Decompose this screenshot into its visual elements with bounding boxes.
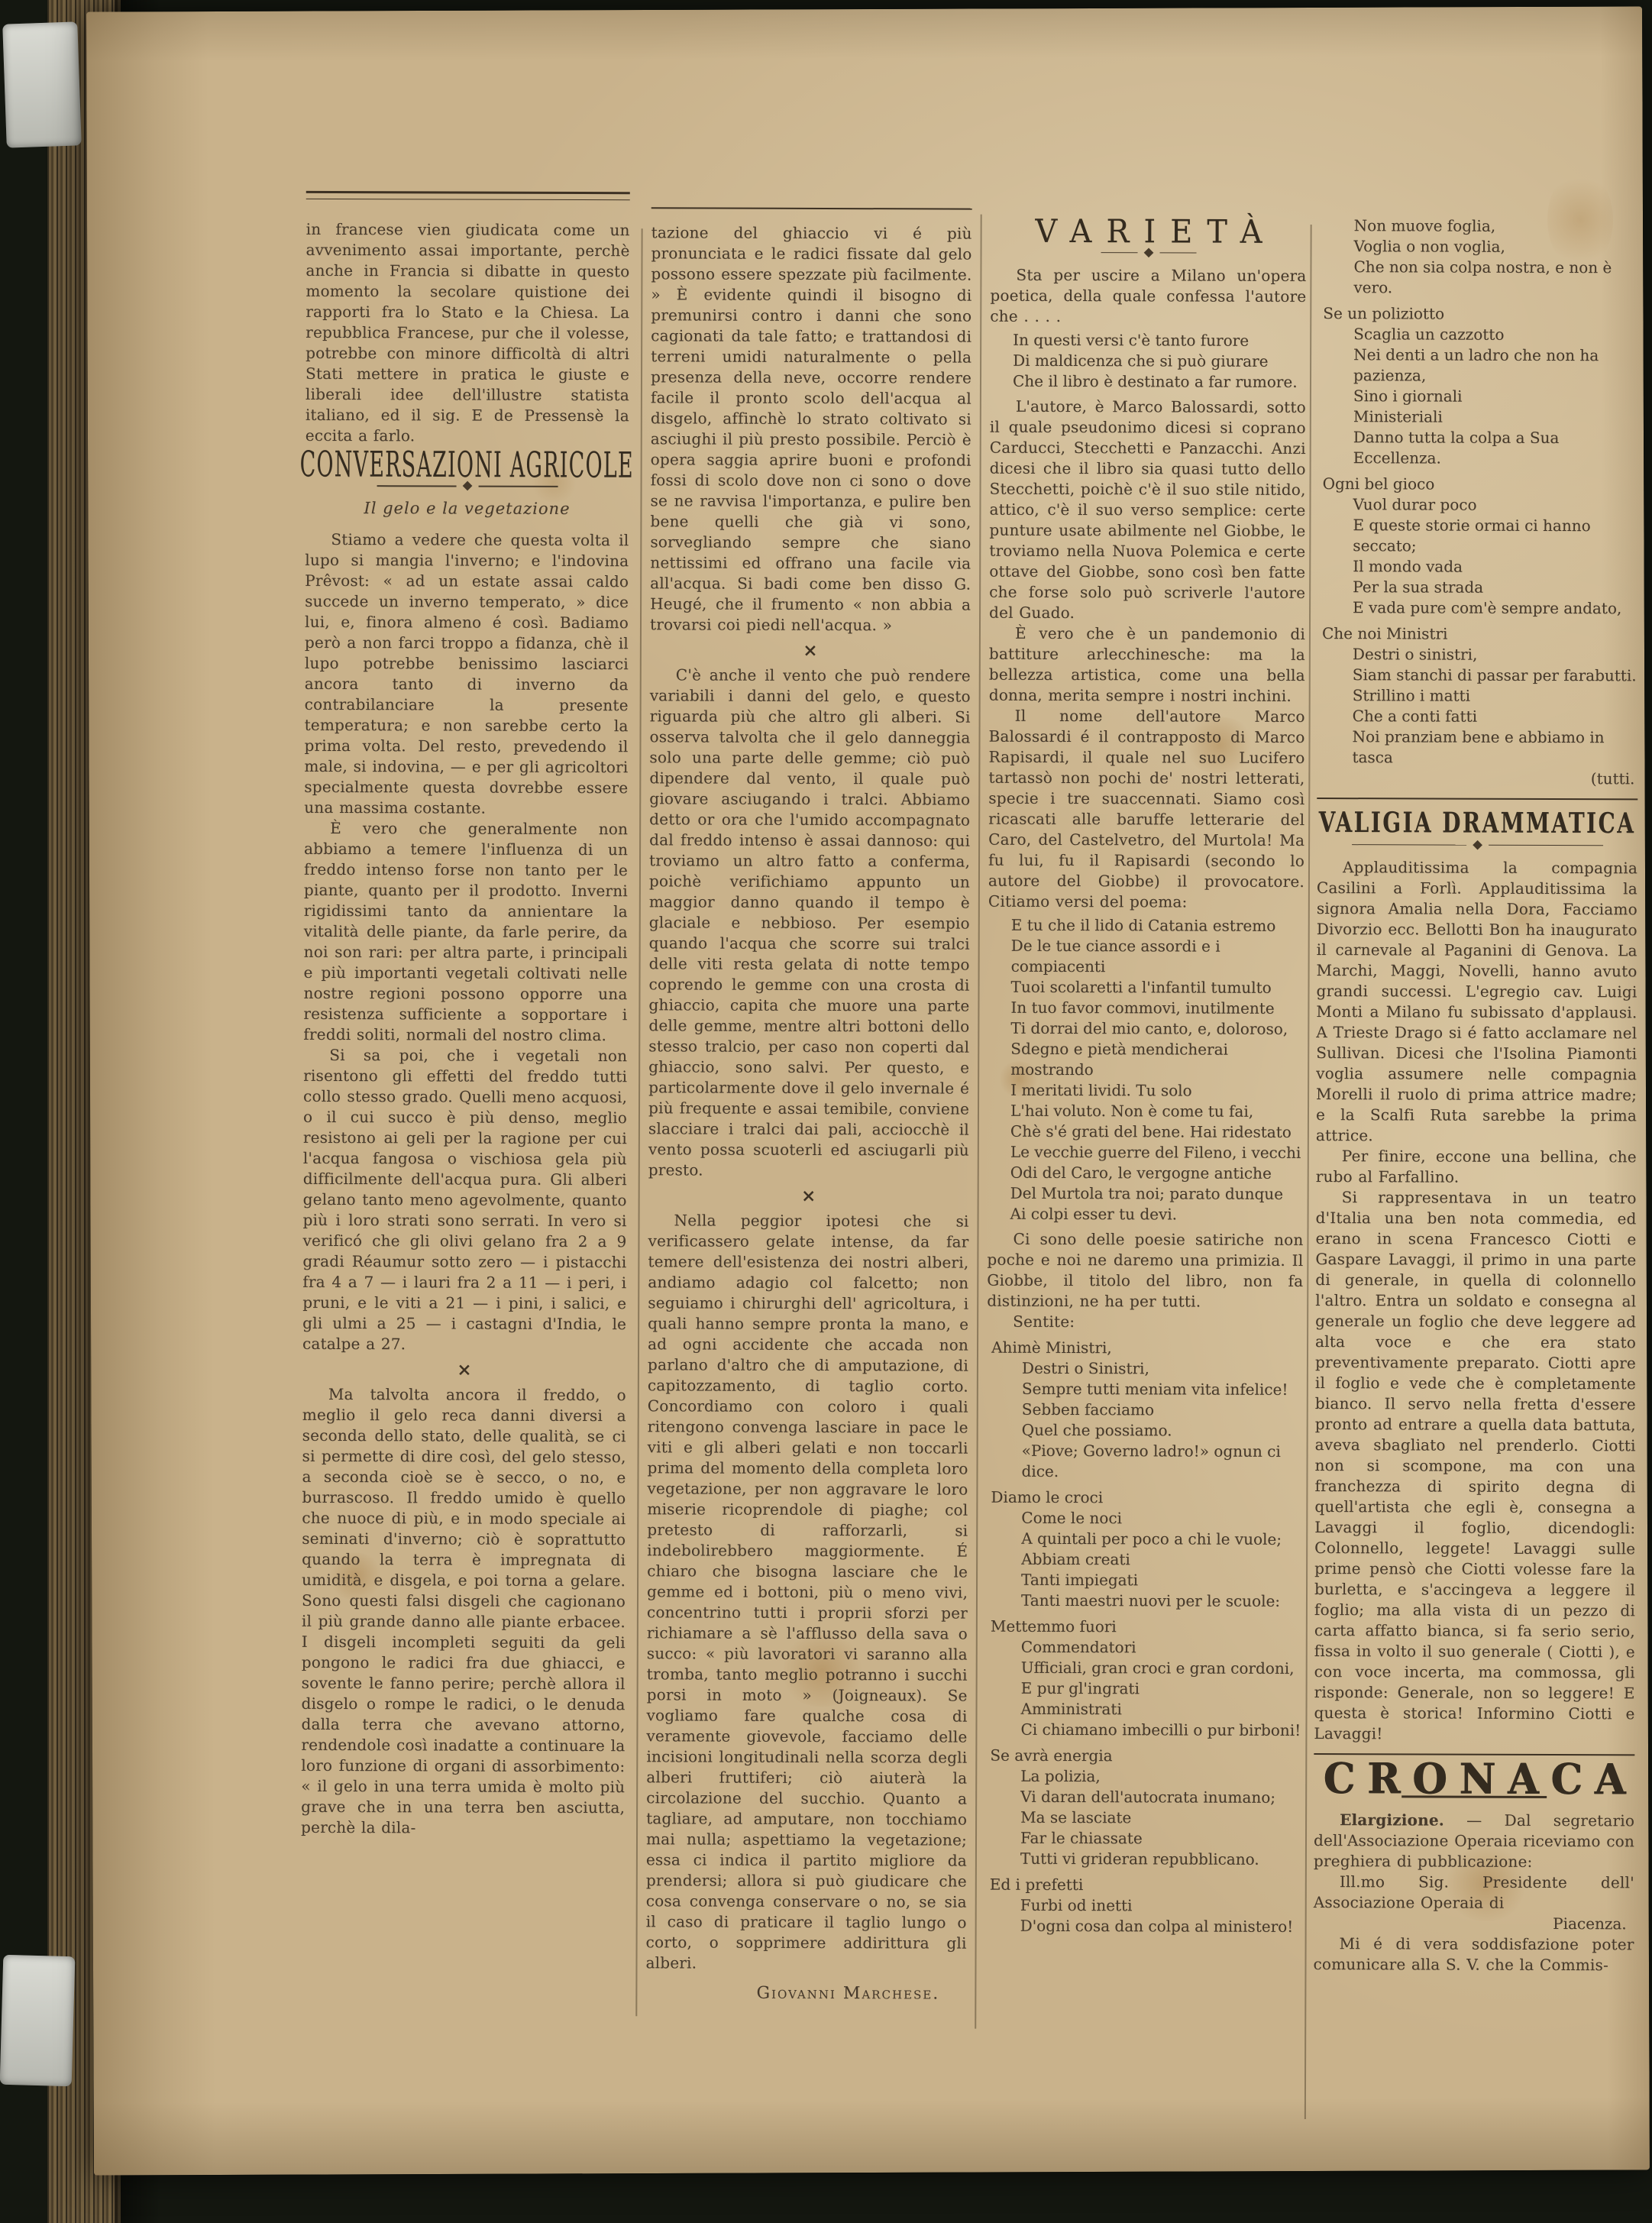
verse-line: Chè s'é grati del bene. Hai ridestato xyxy=(1010,1121,1304,1143)
paragraph: Si sa poi, che i vegetali non risentono … xyxy=(302,1045,627,1355)
verse-line: Tutti vi grideran repubblicano. xyxy=(1020,1849,1301,1870)
section-heading-text: CONVERSAZIONI AGRICOLE xyxy=(300,452,634,476)
verse-line: Sino i giornali xyxy=(1353,386,1639,407)
verse-line: Che il libro è destinato a far rumore. xyxy=(1013,371,1306,393)
verse-line: Vi daran dell'autocrata inumano; xyxy=(1020,1787,1301,1808)
flourish-line-left xyxy=(377,485,456,487)
verse-line: Tuoi scolaretti a l'infantil tumulto xyxy=(1010,977,1304,998)
article-subtitle: Il gelo e la vegetazione xyxy=(305,498,629,519)
paragraph: C'è anche il vento che può rendere varia… xyxy=(648,665,971,1181)
verse-line: Far le chiassate xyxy=(1020,1828,1301,1849)
verse-line: Diamo le croci xyxy=(991,1487,1302,1509)
verse-line: D'ogni cosa dan colpa al ministero! xyxy=(1020,1916,1301,1937)
paragraph: È vero che è un pandemonio di battiture … xyxy=(989,623,1305,707)
verse-line: E tu che il lido di Catania estremo xyxy=(1011,915,1304,937)
verse-line: Siam stanchi di passar per farabutti. xyxy=(1353,665,1638,686)
verse-line: Commendatori xyxy=(1021,1637,1302,1658)
verse-line: Furbi od inetti xyxy=(1020,1895,1301,1917)
verse-line: Mettemmo fuori xyxy=(991,1616,1302,1638)
paragraph: È vero che generalmente non abbiamo a te… xyxy=(303,818,628,1046)
verse-line: «Piove; Governo ladro!» ognun ci dice. xyxy=(1021,1441,1302,1483)
column-2: tazione del ghiaccio vi é più pronunciat… xyxy=(645,198,971,2004)
paragraph: L'autore, è Marco Balossardi, sotto il q… xyxy=(989,396,1306,624)
verse-line: Nei denti a un ladro che non ha pazienza… xyxy=(1353,345,1639,387)
verse-line: Ogni bel gioco xyxy=(1323,474,1639,495)
verse-line: Strillino i matti xyxy=(1353,685,1638,707)
paragraph: Nella peggior ipotesi che si verificasse… xyxy=(645,1210,968,1974)
verse-line: E queste storie ormai ci hanno seccato; xyxy=(1353,515,1638,557)
verse-line: Se un poliziotto xyxy=(1323,303,1639,325)
paragraph: Il nome dell'autore Marco Balossardi é i… xyxy=(988,706,1305,913)
verse-line: Destri o sinistri, xyxy=(1353,644,1638,665)
section-heading: CRONACA xyxy=(1314,1768,1634,1790)
verse-line: A quintali per poco a chi le vuole; xyxy=(1021,1529,1302,1550)
column-4: Non muove foglia,Voglia o non voglia,Che… xyxy=(1313,212,1639,1975)
paragraph: Applauditissima la compagnia Casilini a … xyxy=(1316,857,1637,1147)
paragraph: Ill.mo Sig. Presidente dell' Associazion… xyxy=(1314,1872,1634,1914)
section-heading: CONVERSAZIONI AGRICOLE xyxy=(306,454,629,475)
verse-line: I meritati lividi. Tu solo xyxy=(1010,1080,1304,1102)
verse-line: Ed i prefetti xyxy=(990,1875,1301,1896)
paragraph: Mi é di vera soddisfazione poter comunic… xyxy=(1313,1933,1634,1975)
verse-stanza: Non muove foglia,Voglia o non voglia,Che… xyxy=(1317,215,1639,789)
verse-line: E pur gl'ingrati xyxy=(1021,1678,1302,1700)
verse-line: Se avrà energia xyxy=(990,1746,1301,1767)
flourish-line-right xyxy=(1489,844,1603,846)
column-divider xyxy=(975,215,981,2029)
paragraph: Sentite: xyxy=(987,1312,1303,1333)
verse-line: Scaglia un cazzotto xyxy=(1353,324,1639,345)
verse-line: Il mondo vada xyxy=(1353,556,1638,578)
page-text-layer: in francese vien giudicata come un avven… xyxy=(0,0,1652,2223)
verse-stanza: E tu che il lido di Catania estremoDe le… xyxy=(988,915,1304,1225)
verse-line: Noi pranziam bene e abbiamo in tasca xyxy=(1352,726,1637,769)
paragraph: Elargizione. — Dal segretario dell'Assoc… xyxy=(1314,1810,1634,1872)
verse-line: Vuol durar poco xyxy=(1353,494,1638,516)
flourish-line-right xyxy=(478,485,558,487)
verse-line: (tutti. xyxy=(1317,768,1634,789)
ornament-flourish xyxy=(1317,841,1637,849)
paragraph: in francese vien giudicata come un avven… xyxy=(306,219,630,447)
verse-line: Che non sia colpa nostra, e non è vero. xyxy=(1353,257,1639,299)
verse-line: Ai colpi esser tu devi. xyxy=(1010,1204,1304,1225)
verse-line: Tanti impiegati xyxy=(1021,1570,1302,1591)
section-heading: VALIGIA DRAMMATICA xyxy=(1317,813,1637,834)
column-1: in francese vien giudicata come un avven… xyxy=(301,191,630,1839)
paragraph: Ci sono delle poesie satiriche non poche… xyxy=(987,1229,1303,1312)
paragraph: tazione del ghiaccio vi é più pronunciat… xyxy=(650,222,972,636)
verse-line: Del Murtola tra noi; parato dunque xyxy=(1010,1183,1304,1205)
verse-line: E vada pure com'è sempre andato, xyxy=(1353,597,1638,619)
scanned-newspaper-page: in francese vien giudicata come un avven… xyxy=(0,0,1652,2223)
verse-line: La polizia, xyxy=(1020,1766,1301,1788)
ornament-cross: × xyxy=(302,1359,626,1380)
flourish-line-left xyxy=(1352,844,1466,846)
right-aligned-line: Piacenza. xyxy=(1314,1913,1627,1934)
flourish-line-left xyxy=(1101,252,1137,254)
verse-line: Ti dorrai del mio canto, e, doloroso, xyxy=(1010,1018,1304,1040)
verse-line: Di maldicenza che si può giurare xyxy=(1013,351,1306,372)
paragraph: Si rappresentava in un teatro d'Italia u… xyxy=(1314,1187,1636,1745)
verse-line: Ma se lasciate xyxy=(1020,1807,1301,1829)
column-divider xyxy=(635,228,642,2016)
verse-line: Ci chiamano imbecilli o pur birboni! xyxy=(1020,1720,1301,1741)
article-separator-rule xyxy=(306,191,630,200)
flourish-line-right xyxy=(1159,252,1196,254)
verse-stanza: In questi versi c'è tanto furoreDi maldi… xyxy=(990,330,1306,393)
verse-line: Ufficiali, gran croci e gran cordoni, xyxy=(1021,1658,1302,1679)
separator-rule xyxy=(1317,798,1637,800)
verse-line: In tuo favor commovi, inutilmente xyxy=(1010,998,1304,1019)
verse-line: Danno tutta la colpa a Sua Eccellenza. xyxy=(1353,427,1639,469)
section-heading: VARIETÀ xyxy=(991,221,1307,242)
verse-line: Amministrati xyxy=(1021,1699,1302,1720)
section-heading-text: VALIGIA DRAMMATICA xyxy=(1319,812,1636,835)
verse-line: Destri o Sinistri, xyxy=(1022,1358,1303,1380)
verse-line: De le tue ciance assordi e i compiacenti xyxy=(1011,936,1304,978)
flourish-knot xyxy=(1473,840,1482,850)
verse-line: Non muove foglia, xyxy=(1354,215,1640,237)
verse-line: Ministeriali xyxy=(1353,406,1639,428)
paragraph: Ma talvolta ancora il freddo, o meglio i… xyxy=(301,1384,626,1839)
paragraph: Sta per uscire a Milano un'opera poetica… xyxy=(990,265,1306,328)
section-heading-text: CRONACA xyxy=(1311,1768,1637,1791)
verse-line: Abbiam creati xyxy=(1021,1549,1302,1571)
separator-rule xyxy=(651,207,972,209)
verse-stanza: Ahimè Ministri,Destri o Sinistri,Sempre … xyxy=(985,1338,1303,1937)
verse-line: Odi del Caro, le vergogne antiche xyxy=(1010,1163,1304,1184)
paragraph: Per finire, eccone una bellina, che rubo… xyxy=(1316,1146,1637,1188)
verse-line: Per la sua strada xyxy=(1353,577,1638,598)
verse-line: Le vecchie guerre del Fileno, i vecchi xyxy=(1010,1142,1304,1163)
verse-line: Quel che possiamo. xyxy=(1022,1420,1303,1442)
verse-line: In questi versi c'è tanto furore xyxy=(1013,330,1306,351)
verse-line: Sebben facciamo xyxy=(1022,1399,1303,1421)
verse-line: Sdegno e pietà mendicherai mostrando xyxy=(1010,1039,1304,1081)
verse-line: Come le noci xyxy=(1021,1508,1302,1529)
ornament-cross: × xyxy=(648,1185,969,1206)
author-signature: Giovanni Marchese. xyxy=(645,1982,966,2004)
paragraph: Stiamo a vedere che questa volta il lupo… xyxy=(304,529,629,819)
verse-line: Che noi Ministri xyxy=(1322,623,1638,645)
ornament-cross: × xyxy=(650,639,971,661)
column-3: VARIETÀSta per uscire a Milano un'opera … xyxy=(985,219,1307,1942)
verse-line: Voglia o non voglia, xyxy=(1354,236,1640,257)
verse-line: Tanti maestri nuovi per le scuole: xyxy=(1021,1590,1302,1612)
paragraph-lead-word: Elargizione. xyxy=(1340,1810,1444,1829)
section-heading-text: VARIETÀ xyxy=(1020,221,1276,242)
verse-line: Sempre tutti meniam vita infelice! xyxy=(1022,1379,1303,1400)
verse-line: L'hai voluto. Non è come tu fai, xyxy=(1010,1101,1304,1122)
verse-line: Che a conti fatti xyxy=(1353,706,1638,727)
verse-line: Ahimè Ministri, xyxy=(991,1338,1303,1359)
